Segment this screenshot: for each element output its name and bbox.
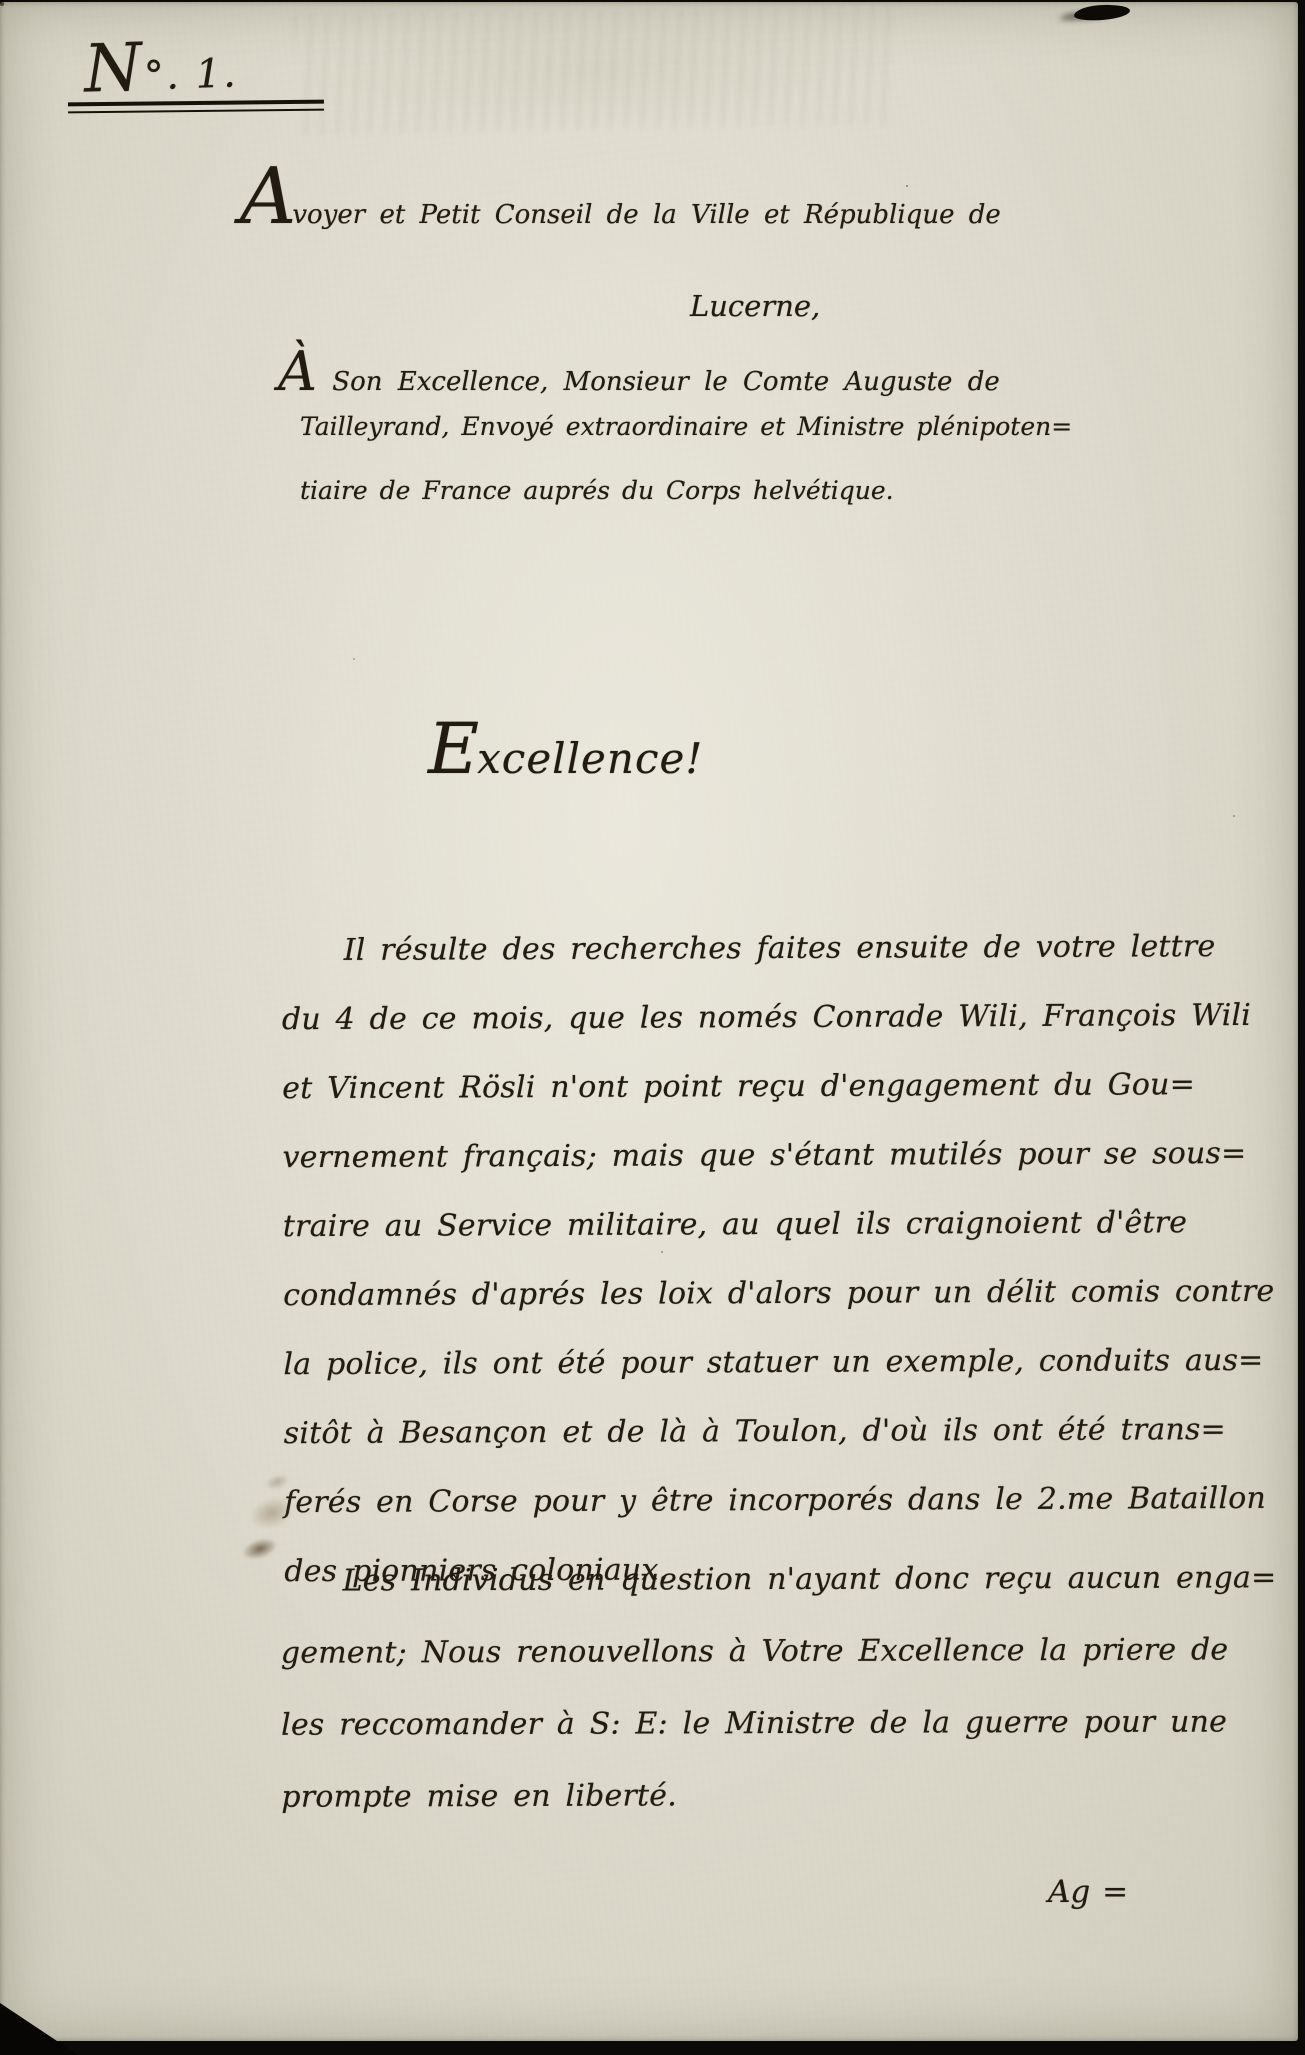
bottom-left-shadow	[0, 2003, 78, 2055]
recipient-line-3: tiaire de France auprés du Corps helvéti…	[300, 476, 894, 505]
text-line: ferés en Corse pour y être incorporés da…	[284, 1464, 1276, 1537]
paper-page: N°. 1. Avoyer et Petit Conseil de la Vil…	[0, 2, 1298, 2041]
text-line: du 4 de ce mois, que les només Conrade W…	[282, 981, 1274, 1054]
text-line: traire au Service militaire, au quel ils…	[283, 1188, 1275, 1261]
paper-speckles	[0, 2, 4, 6]
catchword: Ag =	[1048, 1874, 1128, 1910]
text-line: Les Individus en question n'ayant donc r…	[343, 1542, 1277, 1617]
double-rule	[68, 100, 324, 114]
document-number: N°. 1.	[83, 25, 239, 107]
text-line: condamnés d'aprés les loix d'alors pour …	[283, 1257, 1275, 1330]
scanned-letter: N°. 1. Avoyer et Petit Conseil de la Vil…	[0, 0, 1305, 2055]
text-line: la police, ils ont été pour statuer un e…	[283, 1326, 1275, 1399]
recipient-line-2: Tailleyrand, Envoyé extraordinaire et Mi…	[300, 412, 1072, 441]
text-line: gement; Nous renouvellons à Votre Excell…	[281, 1614, 1277, 1689]
text-line: vernement français; mais que s'étant mut…	[282, 1119, 1274, 1192]
text-line: les reccomander à S: E: le Ministre de l…	[281, 1686, 1277, 1761]
sender-line-1: Avoyer et Petit Conseil de la Ville et R…	[240, 152, 1001, 242]
body-paragraph-2: Les Individus en question n'ayant donc r…	[281, 1542, 1278, 1833]
text-line: prompte mise en liberté.	[281, 1758, 1277, 1833]
text-line: sitôt à Besançon et de là à Toulon, d'où…	[284, 1395, 1276, 1468]
show-through-ghost-writing	[294, 5, 896, 135]
text-line: Il résulte des recherches faites ensuite…	[343, 912, 1273, 985]
body-paragraph-1: Il résulte des recherches faites ensuite…	[281, 912, 1275, 1606]
text-line: et Vincent Rösli n'ont point reçu d'enga…	[282, 1050, 1274, 1123]
recipient-line-1: À Son Excellence, Monsieur le Comte Augu…	[278, 340, 1000, 403]
sender-line-2: Lucerne,	[690, 289, 820, 323]
salutation: Excellence!	[428, 708, 703, 790]
